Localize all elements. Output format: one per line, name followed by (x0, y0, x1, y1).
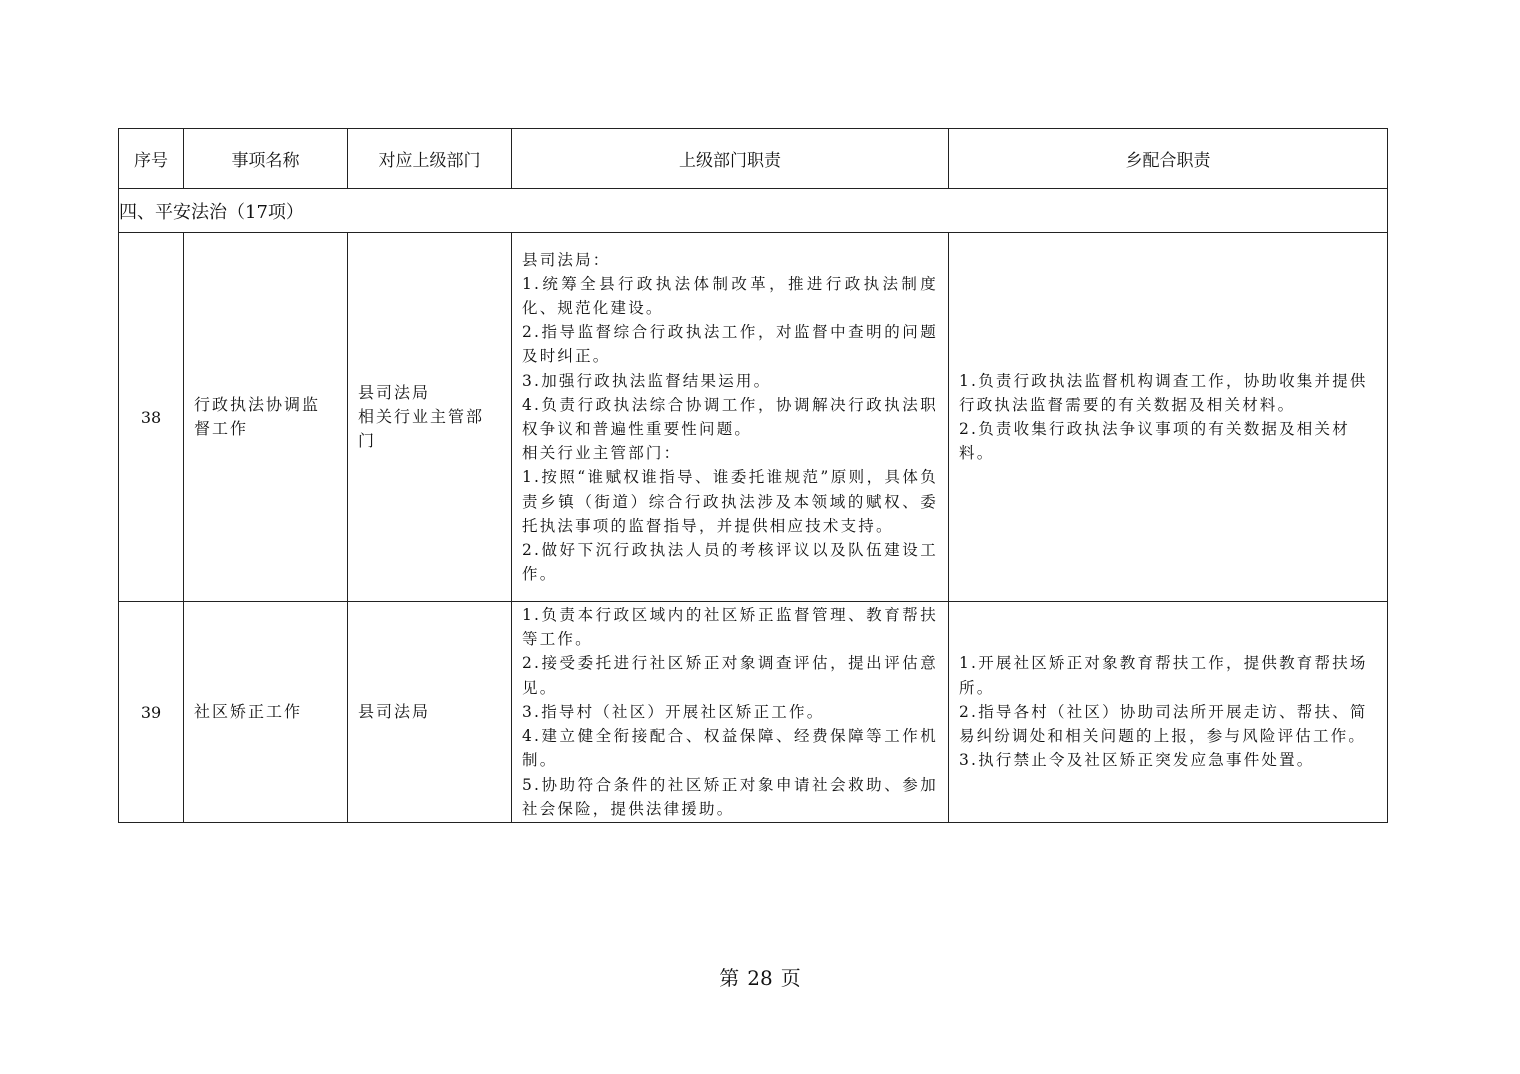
superior-duties: 1.负责本行政区域内的社区矫正监督管理、教育帮扶等工作。 2.接受委托进行社区矫… (512, 602, 949, 823)
section-title: 四、平安法治（17项） (119, 189, 1388, 233)
department: 县司法局 (358, 381, 501, 405)
header-superior-dept: 对应上级部门 (348, 129, 512, 189)
header-number: 序号 (119, 129, 184, 189)
header-township-duties: 乡配合职责 (949, 129, 1388, 189)
duty-line: 2.指导各村（社区）协助司法所开展走访、帮扶、简易纠纷调处和相关问题的上报，参与… (959, 700, 1377, 748)
superior-departments: 县司法局 相关行业主管部门 (348, 233, 512, 602)
duty-line: 1.负责行政执法监督机构调查工作，协助收集并提供行政执法监督需要的有关数据及相关… (959, 369, 1377, 417)
township-duties: 1.开展社区矫正对象教育帮扶工作，提供教育帮扶场所。 2.指导各村（社区）协助司… (949, 602, 1388, 823)
duty-line: 2.接受委托进行社区矫正对象调查评估，提出评估意见。 (522, 651, 938, 699)
duty-line: 5.协助符合条件的社区矫正对象申请社会救助、参加社会保险，提供法律援助。 (522, 773, 938, 821)
duty-line: 2.指导监督综合行政执法工作，对监督中查明的问题及时纠正。 (522, 320, 938, 368)
department: 县司法局 (358, 700, 501, 724)
duty-line: 4.建立健全衔接配合、权益保障、经费保障等工作机制。 (522, 724, 938, 772)
department: 相关行业主管部门 (358, 405, 501, 453)
responsibility-table: 序号 事项名称 对应上级部门 上级部门职责 乡配合职责 四、平安法治（17项） … (118, 128, 1388, 823)
table-header-row: 序号 事项名称 对应上级部门 上级部门职责 乡配合职责 (119, 129, 1388, 189)
row-number: 39 (119, 602, 184, 823)
duty-line: 相关行业主管部门： (522, 441, 938, 465)
duty-line: 1.统筹全县行政执法体制改革，推进行政执法制度化、规范化建设。 (522, 272, 938, 320)
superior-departments: 县司法局 (348, 602, 512, 823)
duty-line: 县司法局： (522, 248, 938, 272)
duty-line: 2.负责收集行政执法争议事项的有关数据及相关材料。 (959, 417, 1377, 465)
item-name: 行政执法协调监督工作 (184, 233, 348, 602)
table-row: 39 社区矫正工作 县司法局 1.负责本行政区域内的社区矫正监督管理、教育帮扶等… (119, 602, 1388, 823)
duty-line: 3.加强行政执法监督结果运用。 (522, 369, 938, 393)
duty-line: 1.负责本行政区域内的社区矫正监督管理、教育帮扶等工作。 (522, 603, 938, 651)
header-item-name: 事项名称 (184, 129, 348, 189)
duty-line: 2.做好下沉行政执法人员的考核评议以及队伍建设工作。 (522, 538, 938, 586)
page-prefix: 第 (719, 966, 739, 990)
item-name: 社区矫正工作 (184, 602, 348, 823)
row-number: 38 (119, 233, 184, 602)
page-number: 28 (747, 966, 772, 990)
table-row: 38 行政执法协调监督工作 县司法局 相关行业主管部门 县司法局： 1.统筹全县… (119, 233, 1388, 602)
section-row: 四、平安法治（17项） (119, 189, 1388, 233)
duty-line: 1.开展社区矫正对象教育帮扶工作，提供教育帮扶场所。 (959, 651, 1377, 699)
duty-line: 1.按照“谁赋权谁指导、谁委托谁规范”原则，具体负责乡镇（街道）综合行政执法涉及… (522, 465, 938, 538)
duty-line: 4.负责行政执法综合协调工作，协调解决行政执法职权争议和普遍性重要性问题。 (522, 393, 938, 441)
header-superior-duties: 上级部门职责 (512, 129, 949, 189)
superior-duties: 县司法局： 1.统筹全县行政执法体制改革，推进行政执法制度化、规范化建设。 2.… (512, 233, 949, 602)
township-duties: 1.负责行政执法监督机构调查工作，协助收集并提供行政执法监督需要的有关数据及相关… (949, 233, 1388, 602)
page-suffix: 页 (781, 966, 801, 990)
duty-line: 3.指导村（社区）开展社区矫正工作。 (522, 700, 938, 724)
duty-line: 3.执行禁止令及社区矫正突发应急事件处置。 (959, 748, 1377, 772)
page-footer: 第28页 (0, 962, 1520, 991)
